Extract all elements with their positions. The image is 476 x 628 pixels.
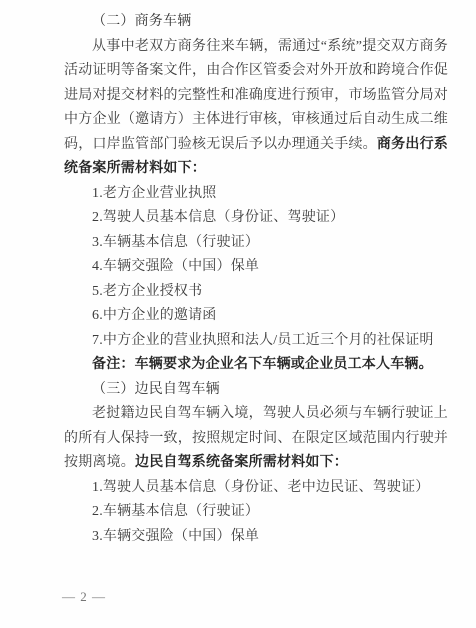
material-list-item: 1.老方企业营业执照 <box>64 182 448 207</box>
document-content: （二）商务车辆 从事中老双方商务往来车辆，需通过“系统”提交双方商务活动证明等备… <box>64 10 448 549</box>
note-text: 车辆要求为企业名下车辆或企业员工本人车辆。 <box>135 357 433 372</box>
material-list-item: 3.车辆基本信息（行驶证） <box>64 231 448 256</box>
material-list-item: 2.驾驶人员基本信息（身份证、驾驶证） <box>64 206 448 231</box>
document-page: （二）商务车辆 从事中老双方商务往来车辆，需通过“系统”提交双方商务活动证明等备… <box>0 0 476 628</box>
section-3-paragraph-emphasis: 边民自驾系统备案所需材料如下： <box>135 455 348 470</box>
section-3-paragraph: 老挝籍边民自驾车辆入境，驾驶人员必须与车辆行驶证上的所有人保持一致，按照规定时间… <box>64 402 448 476</box>
material-list-item: 4.车辆交强险（中国）保单 <box>64 255 448 280</box>
page-number: — 2 — <box>62 589 106 605</box>
note-label: 备注： <box>92 357 135 372</box>
section-2-note: 备注：车辆要求为企业名下车辆或企业员工本人车辆。 <box>64 353 448 378</box>
material-list-item: 5.老方企业授权书 <box>64 280 448 305</box>
section-2-paragraph-text: 从事中老双方商务往来车辆，需通过“系统”提交双方商务活动证明等备案文件，由合作区… <box>64 39 448 152</box>
section-3-heading: （三）边民自驾车辆 <box>64 378 448 403</box>
material-list-item: 3.车辆交强险（中国）保单 <box>64 525 448 550</box>
section-2-heading: （二）商务车辆 <box>64 10 448 35</box>
material-list-item: 6.中方企业的邀请函 <box>64 304 448 329</box>
material-list-item: 7.中方企业的营业执照和法人/员工近三个月的社保证明 <box>64 329 448 354</box>
section-2-paragraph: 从事中老双方商务往来车辆，需通过“系统”提交双方商务活动证明等备案文件，由合作区… <box>64 35 448 182</box>
material-list-item: 1.驾驶人员基本信息（身份证、老中边民证、驾驶证） <box>64 476 448 501</box>
material-list-item: 2.车辆基本信息（行驶证） <box>64 500 448 525</box>
